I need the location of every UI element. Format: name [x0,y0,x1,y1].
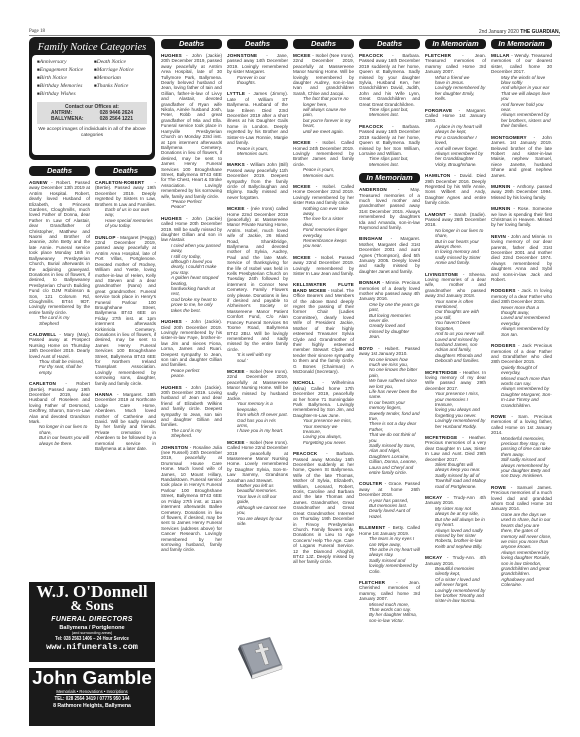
notice-entry: CARLETON - Robert (Bertie). Passed away … [29,381,90,446]
ad-telephone: TEL: 028 2564 3419 / 07775 950 144 [38,696,145,702]
notice-verse-line: Each of us in our own way, [95,207,156,218]
in-memoriam-banner: In Memoriam [425,39,486,49]
notice-surname: FORGRAVE [425,108,452,113]
notice-column-8: In MemoriamMILLAR - Wendy. Treasured mem… [491,39,552,594]
notice-verse-line: Wonderful memories, precious they stay, … [491,436,552,458]
notice-verse-line: Beautiful memories silently kept, [425,566,486,577]
notice-entry: ROWE - Sam. Precious memories of a lovin… [491,414,552,479]
notice-verse-line: Always remembered by Daughter Margaret, … [491,386,552,408]
notice-verse-line: Lovingly remembered by her brother Timot… [425,588,486,604]
notice-verse-line: The ache in my heart will always stay. [359,547,420,558]
notice-verse-line: Memories last. [359,162,420,167]
bible-cross-icon [232,635,284,681]
notice-surname: MCFETRIDGE [425,435,457,440]
notice-verse-line: The fact that you're no longer here, [293,96,354,107]
notice-surname: COULTER [359,481,382,486]
notice-text: - Barbara. Passed away 16th December 201… [359,53,420,107]
notice-verse-line: But in our hearts your always there. [425,239,486,250]
notice-text: - John and Minnie. In loving memory of o… [491,234,552,282]
category-item: Memoriam [94,75,147,81]
notice-surname: MCKAY [425,555,442,560]
notice-surname: CARLETON [29,381,56,386]
notice-verse-line: That we will always love you [491,91,552,102]
notice-verse-line: Your presence we miss, [293,418,354,423]
notice-verse-line: No longer in our lives to share, [425,228,486,239]
notice-surname: ROWE [491,414,506,419]
notice-entry: NICHOLL - Wilhelmina (Mina) Called home … [293,380,354,445]
notice-entry: FLETCHER - Jean. Treasured memories of m… [425,53,486,102]
notice-verse-line: Dearly loved Aunt of Hazel. [359,508,420,519]
category-item: Birthday Wishes [37,91,90,97]
notice-entry: RODGERS - Jack Precious memories of a de… [491,343,552,408]
notice-entry: NEVIN - John and Minnie. In loving memor… [491,234,552,283]
notice-verse-line: The love for a sister dear, [293,216,354,227]
notice-text: - John (Jackie). 20th December 2019. Lov… [161,385,222,428]
notice-surname: MCKEE [293,255,311,260]
notice-entry: BONNAR - Minnie. Precious memories of a … [359,280,420,339]
ad-name: John Gamble [26,668,158,688]
notice-text: - (née Irons) called Home 22nd December … [227,206,288,352]
ad-subtitle: FUNERAL DIRECTORS [29,616,155,623]
odonnell-funeral-ad: W.J. O'Donnell & Sons FUNERAL DIRECTORS … [29,582,155,662]
notice-verse-line: May the winds of love blow softly [491,75,552,86]
notice-verse-line: until we meet again. [293,129,354,134]
category-item: Birth Notice [37,75,90,81]
notice-surname: ROWE [491,485,506,490]
notice-verse-line: For thy seat, shall be empty. [29,364,90,375]
notice-text: - Barbara. Passed away 16th December 201… [359,124,420,156]
notice-entry: HANNA - Margaret. 18th December 2019 at … [95,392,156,451]
notice-surname: CARLETON-ROBERT [95,180,144,185]
notice-verse-line: No one knows the bitter pain, [359,367,420,378]
notice-surname: FLETCHER [359,580,385,585]
notice-surname: MCKAY [425,495,442,500]
notice-verse-line: A place in my heart will always be kept, [425,124,486,135]
notice-verse-line: The tears in my eyes I can Wipe away, [359,536,420,547]
notice-text: - May. Treasured memories of a much love… [359,187,420,230]
notice-surname: MURNIN [491,206,511,211]
notice-entry: JOHNSTONE - Jane, passed away 14th Decem… [227,53,288,85]
notice-verse-line: I cried when you passed away, [161,243,222,254]
notice-verse-line: Always remembered by Son Ian. [491,326,552,337]
page-number: Page 18 [29,29,45,34]
notice-verse-line: Remembrance keeps you near. [293,238,354,249]
ad-services: Memorials • Renovations • Inscriptions [29,689,155,694]
office-phone: 028 2564 1221 [100,116,133,122]
notice-text: - Margaret (Peggy) 22nd December 2019, p… [95,235,156,386]
ad-telephone: Tel: 028 2563 1406 – 24 Hour Service [38,636,145,642]
john-gamble-ad: John Gamble Memorials • Renovations • In… [29,668,155,726]
notice-verse-line: And to us you never will. [425,331,486,336]
notice-verse-line: soul.' [227,358,288,363]
category-item: Thanks Notice [94,83,147,89]
notice-verse-line: Sadly missed by all of Townhill road and… [425,473,486,489]
notice-verse-line: By her daughter Wilma, son-in-law Victor… [359,612,420,623]
notice-entry: FORGRAVE - Margaret. Called Home 1st Jan… [425,108,486,167]
notice-text: - David. Died 29th December 2016. Deeply… [425,173,486,205]
notice-verse-line: loving you always and forgetting you nev… [425,407,486,418]
notice-surname: LAMONT [425,212,446,217]
notice-verse-line: That we do not think of you. [359,432,420,443]
notice-verse-line: Have special memories of you today. [95,218,156,229]
notice-verse-line: You haven't been forgotten, [425,320,486,331]
notice-surname: PEACOCK [359,53,383,58]
notice-surname: HAMILTON [425,173,450,178]
notice-verse-line: Memories ours. [227,151,288,156]
notice-verse-line: Although we cannot see you, [227,505,288,516]
notice-verse-line: And forever hold you near. [491,102,552,113]
notice-entry: MCFETRIDGE - Heather. Precious memories … [425,435,486,489]
notice-verse-line: Our thoughts are with you still, [425,309,486,320]
notice-entry: LAMONT - Sarah (Sadie). Passed away 26th… [425,212,486,266]
notice-verse-line: although I loved you dearly, I couldn't … [161,259,222,275]
notice-surname: BOYD [359,346,373,351]
notice-entry: BINGHAM - Margaret. Mother, Margaret die… [359,236,420,274]
deaths-banner: Deaths [95,166,156,176]
notice-surname: BINGHAM [359,236,382,241]
notice-surname: HUGHES [161,216,182,221]
notice-surname: JOHNSTONE [227,53,257,58]
notice-entry: LYTTLE - James (Jimmy). Late of William … [227,91,288,156]
notice-surname: MONTGOMERY [491,135,527,140]
category-item: Birthday Memories [37,83,90,89]
notice-surname: FLETCHER [425,53,451,58]
notice-verse-line: Shepherd. [161,433,222,438]
notice-verse-line: Always remembered by her Granddaughter V… [425,151,486,167]
notice-verse-line: Mother you left us beautiful memories. [227,483,288,494]
notice-entry: CARLETON-ROBERT - (Bertie). Passed away … [95,180,156,229]
notice-verse-line: No longer in our lives to share, [29,424,90,435]
notice-verse-line: Your love is still our guide, [227,494,288,505]
notice-verse-line: Missed much more than words can say. [491,376,552,387]
deaths-banner: Deaths [161,39,222,49]
notice-entry: MCFETRIDGE - Heather. In loving memory o… [425,370,486,429]
notice-verse-line: hardworking hands at rest, [161,286,222,297]
notice-entry: PEACOCK - Barbara. Passed away 16th Dece… [359,124,420,167]
notice-verse-line: will always cause me pain, [293,107,354,118]
notice-verse-line: Greatly loved and missed by daughter Jea… [359,323,420,339]
notice-entry: MCKEE - Isobel. Called Home December 22n… [293,184,354,249]
deaths-banner: Deaths [227,39,288,49]
notice-verse-line: Still sadly missed and always remembered… [491,457,552,479]
notice-text: - John James. 1st January 2019. Beloved … [491,135,552,178]
category-item: Death Notice [94,59,147,65]
images-note: We accept images of individuals in all o… [37,127,147,139]
notice-verse-line: Fond memories linger everyday, [293,227,354,238]
notice-text: - William John (Bill) Passed away peacef… [227,162,288,199]
notice-verse-line: Nothing can ever take away, [293,206,354,217]
ad-website: www.nifunerals.com [29,642,155,652]
header-rule [29,35,560,36]
notice-surname: CALDWELL [29,332,56,337]
notice-surname: JOHNSTON [161,445,188,450]
notice-entry: ANDERSON - May. Treasured memories of a … [359,187,420,230]
notice-column-6: DeathsPEACOCK - Barbara. Passed away 16t… [359,39,420,629]
notice-verse-line: Memories ours. [293,173,354,178]
notice-entry: MARKS - William John (Bill) Passed away … [227,162,288,200]
notice-verse-line: Your memory we treasure, [293,424,354,435]
in-memoriam-banner: In Memoriam [359,173,420,183]
notice-verse-line: Sweetly tender, fond and true, [359,411,420,422]
notice-verse-line: Peace" [161,204,222,209]
notice-verse-line: Memories last. [359,112,420,117]
notice-verse-line: Never more than a thought away, [491,305,552,316]
notice-verse-line: Silent thoughts will always keep you nea… [425,462,486,473]
notice-entry: MCKEE - (née Irons) called Home 22nd Dec… [227,206,288,363]
notice-surname: MCKEE [227,440,245,445]
category-list: Anniversary Death Notice Engagement Noti… [37,59,147,97]
notice-entry: ROWE - Samuel James. Precious memories o… [491,485,552,588]
notice-verse-line: God has you in His arms, [227,418,288,429]
notice-text: - Robert. Passed away December 13th 2019… [29,180,90,315]
notice-text: - John (Jackie). Died 20th December 2019… [161,319,222,367]
notice-verse-line: Lovingly remembered by her daughter Emil… [425,85,486,101]
notice-entry: MURNIN - Rose. Someone we love is spendi… [491,206,552,228]
notice-verse-line: but you're forever in my heart, [293,118,354,129]
notice-surname: PEACOCK [293,451,317,456]
notice-verse-line: In our hearts your memory lingers, [359,400,420,411]
notice-text: - John (Jackie) 20th December 2019, pass… [161,53,222,199]
notice-column-5: DeathsMCKEE - Isobel (Nee Irons). 22nd D… [293,39,354,571]
notice-verse-line: Shepherd [29,321,90,326]
notice-verse-line: from which I'll never part. [227,412,288,417]
notice-verse-line: In loving memory and sadly missed by Sis… [425,249,486,265]
notice-column-7: In MemoriamFLETCHER - Jean. Treasured me… [425,39,486,610]
notice-text: - Isobel (Nee Irons). Called Home 22nd D… [227,440,288,483]
notice-verse-line: Always remembered by loving daughter Ros… [491,550,552,588]
notice-entry: MCKEE - Isobel. Passed away 22nd Decembe… [293,255,354,277]
family-notice-categories: Family Notice Categories Anniversary Dea… [29,37,155,160]
notice-verse-line: One by one the years go past, [359,302,420,313]
notice-verse-line: Lovingly remembered by her Husband Roddy… [425,418,486,429]
notice-surname: ANDERSON [359,187,387,192]
notice-verse-line: Your memory is a keepsake, [227,401,288,412]
notice-surname: HUGHES [161,53,182,58]
notice-entry: AGNEW - Robert. Passed away December 13t… [29,180,90,326]
notice-entry: JOHNSTON - Rosaline Julia (nee Russell) … [161,445,222,553]
notice-verse-line: But in our hearts you will always be the… [29,435,90,446]
notice-entry: MCKEE - Isobel (Nee Irons). 22nd Decembe… [293,53,354,134]
notice-verse-line: Quietly thought of everyday, [491,365,552,376]
notice-verse-line: Of a sister I loved and will never forge… [425,577,486,588]
notice-surname: MARKS [227,162,245,167]
ad-areas: (and surrounding areas) [29,631,155,635]
notice-text: - Margaret. 18th December 2019 at Northc… [95,392,156,451]
notice-text: - Barbara. Passed away Monday 16th Decem… [293,451,354,564]
deaths-banner: Deaths [359,39,420,49]
notice-entry: MONTGOMERY - John James. 1st January 201… [491,135,552,178]
notice-verse-line: Forgetting you never. [293,440,354,445]
notice-text: - Wilhelmina (Mina) Called home 17th Dec… [293,380,354,417]
in-memoriam-banner: In Memoriam [491,39,552,49]
notice-surname: LYTTLE [227,91,245,96]
office-name: BALLYMENA: [51,116,84,122]
notice-entry: COULTER - Grace. Passed away at home 26t… [359,481,420,519]
notice-verse-line: Your name is often mentioned, [425,299,486,310]
notice-verse-line: We have suffered since we lost you, [359,378,420,389]
notice-surname: NICHOLL [293,380,315,385]
notice-verse-line: Loved and missed by husband James, son A… [425,337,486,364]
notice-entry: LIVINGSTONE - Sheena. Loving memories of… [425,272,486,364]
notice-surname: MCKEE [227,369,245,374]
notice-entry: CALDWELL - Mary (May). Passed away at Pr… [29,332,90,375]
notice-verse-line: For a Grandmother I loved, [425,135,486,146]
notice-verse-line: A golden heart stopped beating, [161,275,222,286]
category-item: Anniversary [37,59,90,65]
notice-text: - Isobel (Nee Irons). 22nd December 2019… [227,369,288,401]
notice-surname: RODGERS [491,288,516,293]
notice-entry: RODGERS - Jack. In loving memory of a de… [491,288,552,337]
notice-verse-line: Gone are the days we used to share, but … [491,512,552,550]
notice-entry: FLETCHER - Jean. Cherished memories of m… [359,580,420,623]
notice-entry: HUGHES - John (Jackie). 20th December 20… [161,385,222,439]
notice-surname: MCKEE [227,206,245,211]
notice-surname: NEVIN [491,234,506,239]
notice-entry: HUGHES - John (Jackie) called Home 20th … [161,216,222,313]
notice-verse-line: But she will always be in my heart. [425,517,486,528]
notice-entry: MILLAR - Wendy. Treasured memories of ou… [491,53,552,129]
notice-verse-line: Sadly missed by Sons, Alan and Nigel, Da… [359,443,420,475]
categories-title: Family Notice Categories [32,40,152,55]
notice-entry: KELLSWATER FLUTE BAND MCKEE - Isobel. Th… [293,282,354,374]
notice-entry: BOYD - Hubert. Passed away 1st January 2… [359,346,420,476]
notice-entry: HUGHES - John (Jackie). Died 20th Decemb… [161,319,222,378]
notice-entry: MCKEE - Isobel (Nee Irons). 22nd Decembe… [227,369,288,434]
notice-surname: HUGHES [161,319,182,324]
notice-verse-line: Sadly missed and lovingly remembered by … [359,558,420,574]
notice-column-4: DeathsJOHNSTONE - Jane, passed away 14th… [227,39,288,532]
notice-surname: ELLEMENT [359,525,385,530]
notice-verse-line: But loving memories never die. [359,313,420,324]
notice-surname: MCKEE [293,53,311,58]
notice-text: - James (Jimmy). Late of William ST Ball… [227,91,288,145]
notice-surname: RODGERS [491,343,516,348]
notice-entry: MCKAY - Trudy-Ann. 4th January 2016.Beau… [425,555,486,604]
contact-offices: Contact our Offices at: ANTRIM:028 9446 … [37,102,147,124]
notice-column-1: DeathsAGNEW - Robert. Passed away Decemb… [29,166,90,452]
category-item: Marriage Notice [94,67,147,73]
notice-surname: MCFETRIDGE [425,370,457,375]
ad-name-sons: & Sons [29,600,155,614]
notice-entry: MCKEE - Isobel (Nee Irons). Called Home … [227,440,288,527]
notice-text: - Isobel. The Office Bearers and Members… [293,288,354,374]
notice-surname: LIVINGSTONE [425,272,458,277]
notice-verse-line: My sister may not always be at my side, [425,506,486,517]
notice-surname: HUGHES [161,385,182,390]
notice-surname: BONNAR [359,280,380,285]
notice-entry: HUGHES - John (Jackie) 20th December 201… [161,53,222,210]
notice-verse-line: You are always by our side. [227,516,288,527]
notice-text: - Isobel (Nee Irons). 22nd December 2019… [293,53,354,96]
notice-verse-line: Life has never been the same. [359,389,420,400]
notice-entry: MCKEE - Isobel. Called Homed 24th Decemb… [293,140,354,178]
notice-verse-line: peace. [161,373,222,378]
notice-surname: MILLAR [491,53,510,58]
notice-verse-line: thoughts. [227,80,288,85]
notice-entry: HAMILTON - David. Died 29th December 201… [425,173,486,205]
notice-column-3: DeathsHUGHES - John (Jackie) 20th Decemb… [161,39,222,559]
ad-address: 8 Rathmore Heights, Ballymena [29,703,155,709]
notice-surname: AGNEW [29,180,48,185]
notice-surname: MCKEE [293,184,311,189]
notice-surname: MCKEE [293,140,311,145]
deaths-banner: Deaths [293,39,354,49]
notice-verse-line: There is not a day dear Father, [359,421,420,432]
notice-entry: PEACOCK - Barbara. Passed away Monday 16… [293,451,354,565]
notice-entry: PEACOCK - Barbara. Passed away 16th Dece… [359,53,420,118]
notice-column-2: DeathsCARLETON-ROBERT - (Bertie). Passed… [95,166,156,458]
notice-verse-line: Always remembered by her brothers, siste… [491,112,552,128]
notice-entry: ELLEMENT - Betty. Called Home 1st Januar… [359,525,420,574]
notice-verse-line: Always loved and sadly missed by her sis… [425,528,486,550]
notice-verse-line: God broke my heart to prove to me, he on… [161,297,222,313]
notice-verse-line: No one knows how much we miss you, [359,357,420,368]
notice-surname: DUNLOP [95,235,116,240]
notice-verse-line: Loved and remembered everyday. [491,315,552,326]
notice-entry: MURNIN - Anthony. passed away 29th Decem… [491,184,552,200]
notice-text: - Robert (Bertie). Passed away 19th Dece… [29,381,90,424]
notice-surname: MURNIN [491,184,511,189]
notice-surname: PEACOCK [359,124,383,129]
notice-surname: HANNA [95,392,113,397]
notice-verse-line: I have you in my heart. [227,428,288,433]
ad-name: W.J. O'Donnell [29,584,155,600]
notice-entry: DUNLOP - Margaret (Peggy) 22nd December … [95,235,156,386]
deaths-banner: Deaths [29,166,90,176]
notice-verse-line: Your presence I miss, [425,391,486,396]
notice-text: - Rosaline Julia (nee Russell) 24th Dece… [161,445,222,553]
notice-text: - Margaret. Mother, Margaret died 31st D… [359,236,420,273]
notice-verse-line: your memories I treasure, [425,397,486,408]
notice-entry: MCKAY - Trudy-Ann 4th January 2016.My si… [425,495,486,549]
category-item: Engagement Notice [37,67,90,73]
